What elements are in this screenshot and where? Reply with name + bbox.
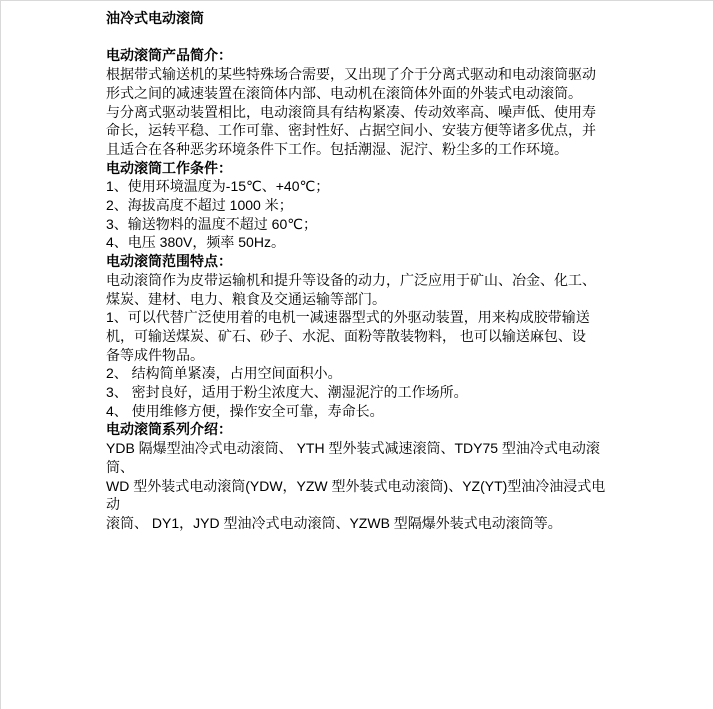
- section-scope-features: 电动滚筒范围特点： 电动滚筒作为皮带运输机和提升等设备的动力，广泛应用于矿山、冶…: [106, 252, 613, 420]
- section-body-series-introduction: YDB 隔爆型油冷式电动滚筒、 YTH 型外装式减速滚筒、TDY75 型油冷式电…: [106, 439, 613, 533]
- section-heading-scope-features: 电动滚筒范围特点：: [106, 252, 613, 271]
- section-heading-series-introduction: 电动滚筒系列介绍：: [106, 420, 613, 439]
- section-heading-working-conditions: 电动滚筒工作条件：: [106, 159, 613, 178]
- document-body: 油冷式电动滚筒 电动滚筒产品简介： 根据带式输送机的某些特殊场合需要，又出现了介…: [106, 9, 613, 533]
- section-product-intro: 电动滚筒产品简介： 根据带式输送机的某些特殊场合需要，又出现了介于分离式驱动和电…: [106, 46, 613, 158]
- section-body-product-intro: 根据带式输送机的某些特殊场合需要，又出现了介于分离式驱动和电动滚筒驱动 形式之间…: [106, 65, 613, 159]
- section-body-working-conditions: 1、使用环境温度为-15℃、+40℃； 2、海拔高度不超过 1000 米； 3、…: [106, 177, 613, 252]
- section-heading-product-intro: 电动滚筒产品简介：: [106, 46, 613, 65]
- document-page: { "doc": { "title": "油冷式电动滚筒", "sections…: [0, 0, 713, 709]
- section-body-scope-features: 电动滚筒作为皮带运输机和提升等设备的动力，广泛应用于矿山、冶金、化工、 煤炭、建…: [106, 271, 613, 421]
- section-series-introduction: 电动滚筒系列介绍： YDB 隔爆型油冷式电动滚筒、 YTH 型外装式减速滚筒、T…: [106, 420, 613, 532]
- page-title: 油冷式电动滚筒: [106, 9, 613, 28]
- section-working-conditions: 电动滚筒工作条件： 1、使用环境温度为-15℃、+40℃； 2、海拔高度不超过 …: [106, 159, 613, 253]
